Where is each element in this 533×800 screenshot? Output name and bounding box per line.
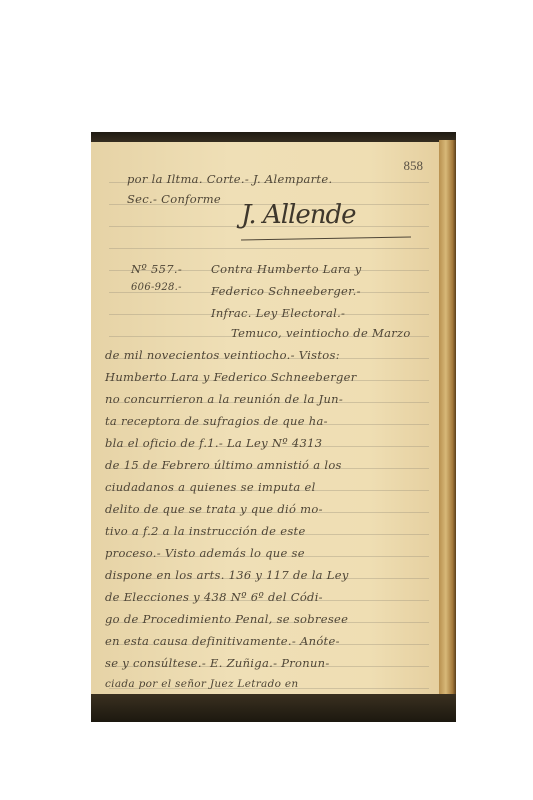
case-title-line: Contra Humberto Lara y [211,262,362,276]
case-title-line: Federico Schneeberger.- [211,284,361,298]
signature-underline [241,237,411,241]
signature: J. Allende [241,200,356,230]
body-line: delito de que se trata y que dió mo- [105,502,323,516]
body-line: se y consúltese.- E. Zuñiga.- Pronun- [105,656,330,670]
body-line: en esta causa definitivamente.- Anóte- [105,634,340,648]
book-bottom-edge [91,694,456,722]
case-title-line: Infrac. Ley Electoral.- [211,306,345,320]
ledger-photo: 858 por la Iltma. Corte.- J. Alemparte. … [91,132,456,722]
body-line: de Elecciones y 438 Nº 6º del Códi- [105,590,323,604]
body-line: tivo a f.2 a la instrucción de este [105,524,306,538]
body-line: ciudadanos a quienes se imputa el [105,480,316,494]
case-number: Nº 557.- [131,262,182,276]
body-line: Temuco, veintiocho de Marzo [231,326,411,340]
body-line: dispone en los arts. 136 y 117 de la Ley [105,568,349,582]
body-line: Humberto Lara y Federico Schneeberger [105,370,357,384]
body-line: de 15 de Febrero último amnistió a los [105,458,342,472]
ledger-page: 858 por la Iltma. Corte.- J. Alemparte. … [91,142,441,694]
body-line: de mil novecientos veintiocho.- Vistos: [105,348,340,362]
page-number: 858 [404,158,424,174]
body-line: bla el oficio de f.1.- La Ley Nº 4313 [105,436,322,450]
header-line: por la Iltma. Corte.- J. Alemparte. [127,172,332,186]
body-line: proceso.- Visto además lo que se [105,546,305,560]
body-line: go de Procedimiento Penal, se sobresee [105,612,348,626]
body-line: ciada por el señor Juez Letrado en [105,678,298,690]
body-line: no concurrieron a la reunión de la Jun- [105,392,343,406]
body-line: ta receptora de sufragios de que ha- [105,414,328,428]
case-folio: 606-928.- [131,282,182,293]
page-stack-edge [439,140,456,700]
header-line: Sec.- Conforme [127,192,221,206]
